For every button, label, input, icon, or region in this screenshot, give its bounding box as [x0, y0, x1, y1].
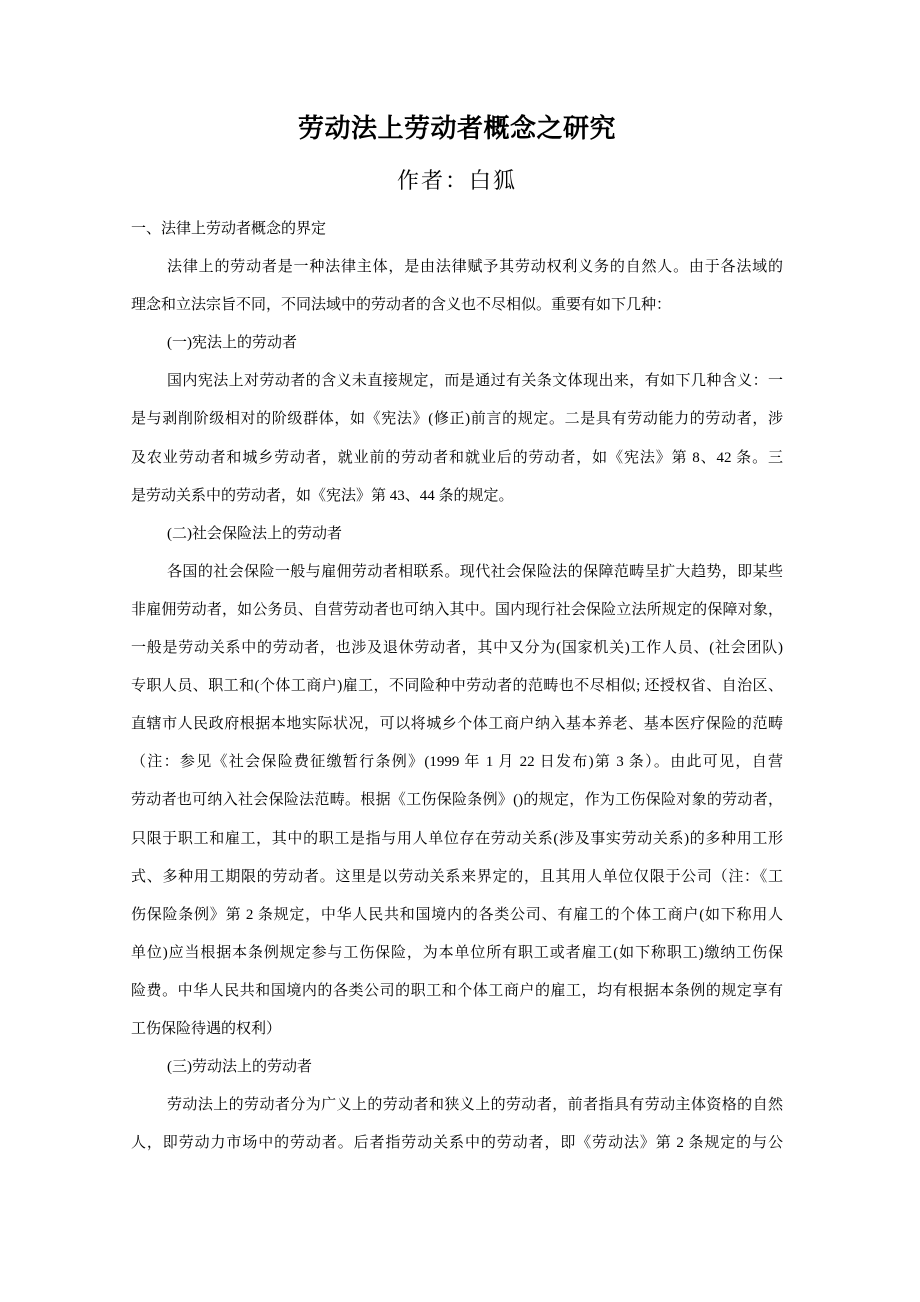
text-line: 理念和立法宗旨不同，不同法域中的劳动者的含义也不尽相似。重要有如下几种：: [131, 286, 783, 324]
text-line: 险费。中华人民共和国境内的各类公司的职工和个体工商户的雇工，均有根据本条例的规定…: [131, 972, 783, 1010]
text-line: （注：参见《社会保险费征缴暂行条例》(1999 年 1 月 22 日发布)第 3…: [131, 743, 783, 781]
section-heading: (一)宪法上的劳动者: [131, 324, 783, 362]
text-line: 伤保险条例》第 2 条规定，中华人民共和国境内的各类公司、有雇工的个体工商户(如…: [131, 896, 783, 934]
paragraph: 法律上的劳动者是一种法律主体，是由法律赋予其劳动权利义务的自然人。由于各法域的理…: [131, 248, 783, 324]
heading-line: (三)劳动法上的劳动者: [131, 1048, 783, 1086]
document-body: 一、法律上劳动者概念的界定法律上的劳动者是一种法律主体，是由法律赋予其劳动权利义…: [131, 210, 783, 1162]
document-title: 劳动法上劳动者概念之研究: [131, 109, 783, 149]
text-line: 劳动法上的劳动者分为广义上的劳动者和狭义上的劳动者，前者指具有劳动主体资格的自然: [131, 1086, 783, 1124]
heading-line: (二)社会保险法上的劳动者: [131, 515, 783, 553]
text-line: 直辖市人民政府根据本地实际状况，可以将城乡个体工商户纳入基本养老、基本医疗保险的…: [131, 705, 783, 743]
paragraph: 各国的社会保险一般与雇佣劳动者相联系。现代社会保险法的保障范畴呈扩大趋势，即某些…: [131, 553, 783, 1048]
text-line: 专职人员、职工和(个体工商户)雇工，不同险种中劳动者的范畴也不尽相似; 还授权省…: [131, 667, 783, 705]
paragraph: 劳动法上的劳动者分为广义上的劳动者和狭义上的劳动者，前者指具有劳动主体资格的自然…: [131, 1086, 783, 1162]
section-heading: 一、法律上劳动者概念的界定: [131, 210, 783, 248]
page-content: 劳动法上劳动者概念之研究 作者：白狐 一、法律上劳动者概念的界定法律上的劳动者是…: [0, 0, 920, 1162]
section-heading: (二)社会保险法上的劳动者: [131, 515, 783, 553]
text-line: 是劳动关系中的劳动者，如《宪法》第 43、44 条的规定。: [131, 477, 783, 515]
heading-line: 一、法律上劳动者概念的界定: [131, 210, 783, 248]
text-line: 只限于职工和雇工，其中的职工是指与用人单位存在劳动关系(涉及事实劳动关系)的多种…: [131, 820, 783, 858]
text-line: 各国的社会保险一般与雇佣劳动者相联系。现代社会保险法的保障范畴呈扩大趋势，即某些: [131, 553, 783, 591]
heading-line: (一)宪法上的劳动者: [131, 324, 783, 362]
text-line: 法律上的劳动者是一种法律主体，是由法律赋予其劳动权利义务的自然人。由于各法域的: [131, 248, 783, 286]
document-page: 劳动法上劳动者概念之研究 作者：白狐 一、法律上劳动者概念的界定法律上的劳动者是…: [0, 0, 920, 1302]
text-line: 单位)应当根据本条例规定参与工伤保险，为本单位所有职工或者雇工(如下称职工)缴纳…: [131, 934, 783, 972]
text-line: 一般是劳动关系中的劳动者，也涉及退休劳动者，其中又分为(国家机关)工作人员、(社…: [131, 629, 783, 667]
text-line: 及农业劳动者和城乡劳动者，就业前的劳动者和就业后的劳动者，如《宪法》第 8、42…: [131, 439, 783, 477]
text-line: 工伤保险待遇的权利）: [131, 1010, 783, 1048]
author-line: 作者：白狐: [131, 165, 783, 197]
paragraph: 国内宪法上对劳动者的含义未直接规定，而是通过有关条文体现出来，有如下几种含义：一…: [131, 362, 783, 514]
text-line: 是与剥削阶级相对的阶级群体，如《宪法》(修正)前言的规定。二是具有劳动能力的劳动…: [131, 400, 783, 438]
text-line: 非雇佣劳动者，如公务员、自营劳动者也可纳入其中。国内现行社会保险立法所规定的保障…: [131, 591, 783, 629]
text-line: 劳动者也可纳入社会保险法范畴。根据《工伤保险条例》()的规定，作为工伤保险对象的…: [131, 781, 783, 819]
text-line: 人，即劳动力市场中的劳动者。后者指劳动关系中的劳动者，即《劳动法》第 2 条规定…: [131, 1124, 783, 1162]
section-heading: (三)劳动法上的劳动者: [131, 1048, 783, 1086]
text-line: 国内宪法上对劳动者的含义未直接规定，而是通过有关条文体现出来，有如下几种含义：一: [131, 362, 783, 400]
text-line: 式、多种用工期限的劳动者。这里是以劳动关系来界定的，且其用人单位仅限于公司（注：…: [131, 858, 783, 896]
